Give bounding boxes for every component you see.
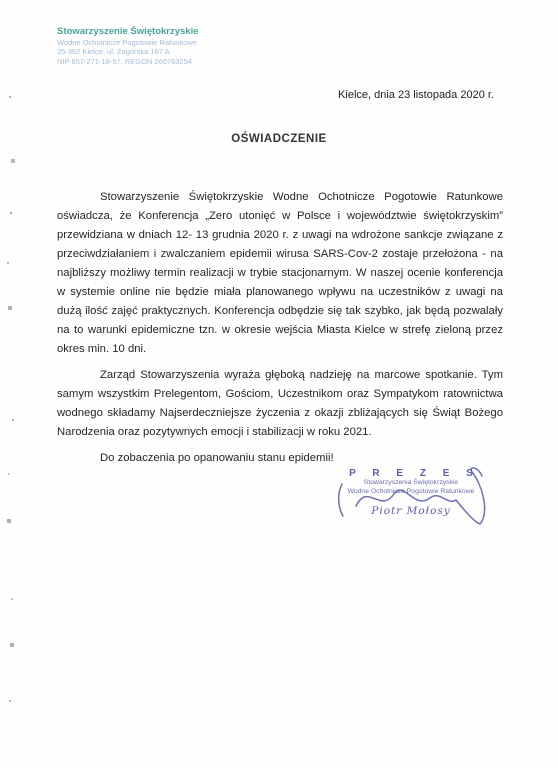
stamp-org-line-1: Stowarzyszenia Świętokrzyskie xyxy=(328,479,494,488)
stamp-role-title: P R E Z E S xyxy=(328,468,494,479)
signatory-name: Piotr Mołosy xyxy=(328,505,494,517)
document-title: OŚWIADCZENIE xyxy=(0,133,558,145)
letterhead-org-name: Stowarzyszenie Świętokrzyskie xyxy=(57,26,199,38)
scan-artifacts xyxy=(0,0,2,2)
stamp-org-line-2: Wodne Ochotnicze Pogotowie Ratunkowe xyxy=(328,488,494,497)
dateline: Kielce, dnia 23 listopada 2020 r. xyxy=(338,89,494,101)
paragraph-1: Stowarzyszenie Świętokrzyskie Wodne Ocho… xyxy=(57,188,503,359)
signature-block: P R E Z E S Stowarzyszenia Świętokrzyski… xyxy=(328,468,494,517)
paragraph-2: Zarząd Stowarzyszenia wyraża głęboką nad… xyxy=(57,366,503,442)
letterhead-address: 25-362 Kielce, ul. Zagórska 167 A xyxy=(57,47,199,56)
scanned-letter-page: Stowarzyszenie Świętokrzyskie Wodne Ocho… xyxy=(0,0,558,768)
letter-body: Stowarzyszenie Świętokrzyskie Wodne Ocho… xyxy=(57,188,503,475)
letterhead-stamp: Stowarzyszenie Świętokrzyskie Wodne Ocho… xyxy=(57,26,199,66)
closing-line: Do zobaczenia po opanowaniu stanu epidem… xyxy=(57,449,503,468)
letterhead-nip-regon: NIP 657-271-18-57, REGON 260763254 xyxy=(57,57,199,66)
letterhead-org-subtitle: Wodne Ochotnicze Pogotowie Ratunkowe xyxy=(57,38,199,47)
